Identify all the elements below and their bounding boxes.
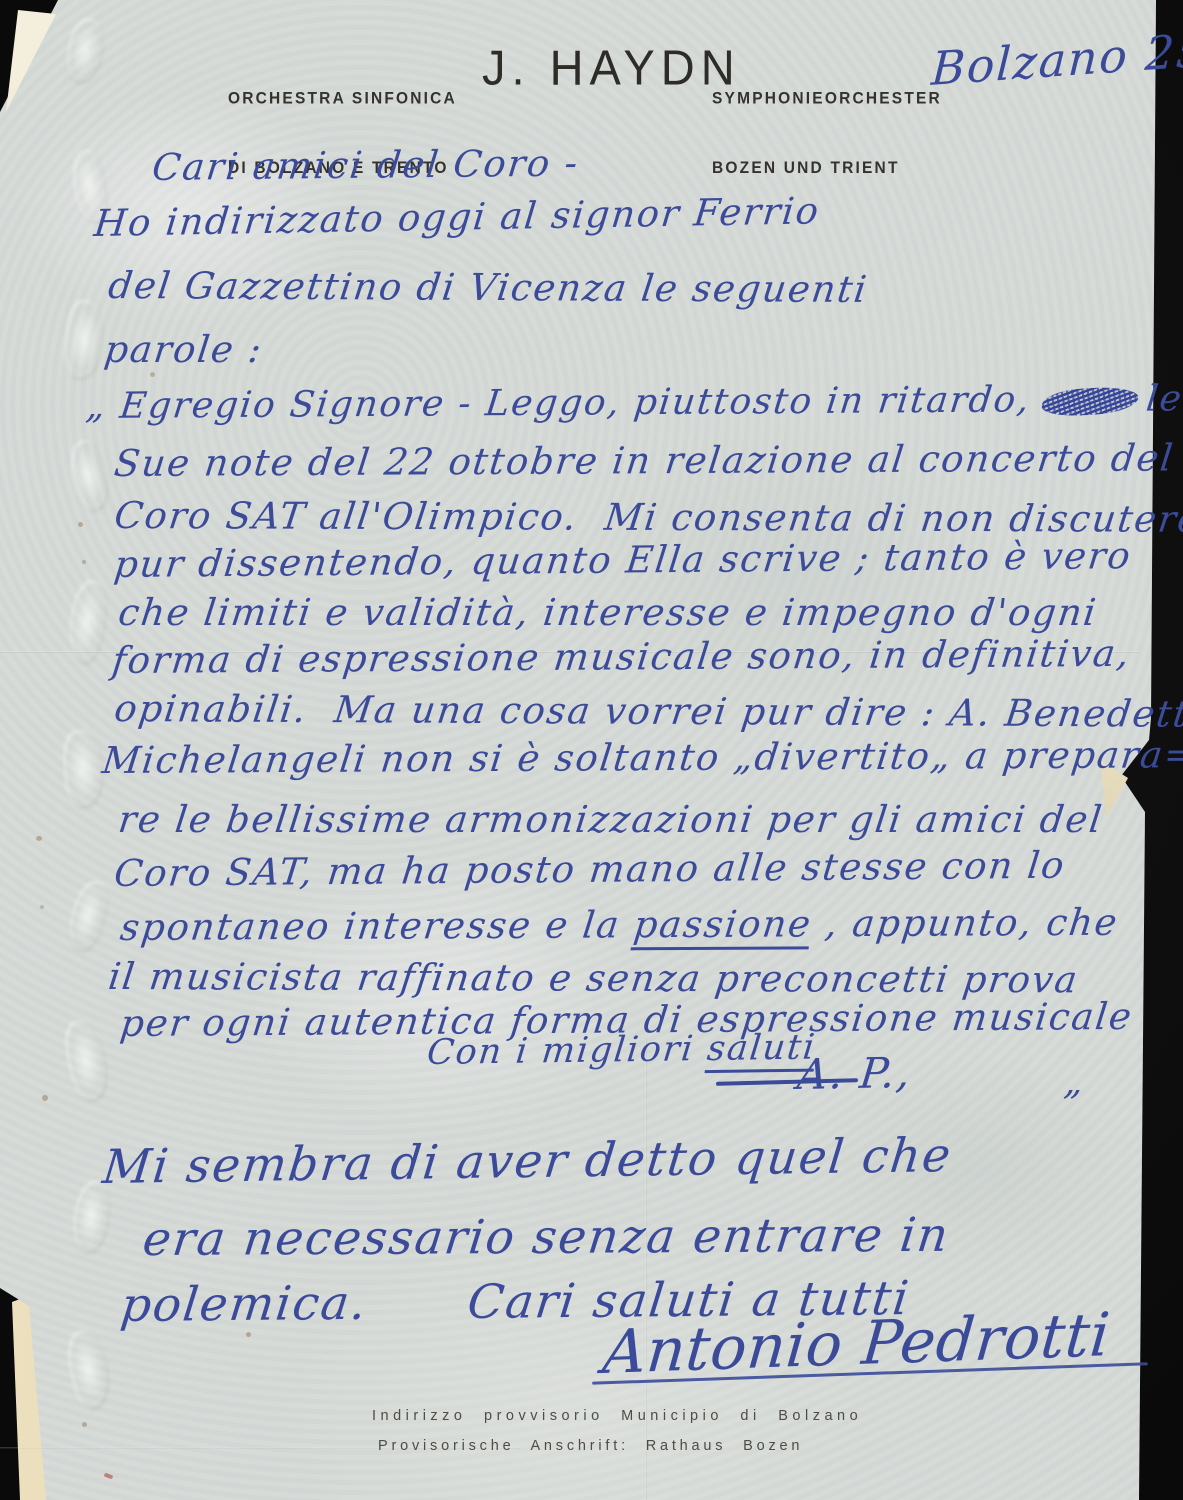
handwritten-text: le	[1144, 378, 1183, 419]
scribbled-word	[1041, 385, 1139, 418]
handwritten-line: Sue note del 22 ottobre in relazione al …	[112, 436, 1177, 485]
handwritten-line: forma di espressione musicale sono, in d…	[110, 632, 1133, 682]
handwritten-text: spontaneo interesse e la	[118, 903, 636, 949]
handwritten-line: „ Egregio Signore - Leggo, piuttosto in …	[84, 378, 1183, 427]
handwritten-line: pur dissentendo, quanto Ella scrive ; ta…	[112, 534, 1134, 586]
paper-crease	[645, 1040, 647, 1500]
paper-stain	[78, 522, 83, 527]
handwritten-line: Cari amici del Coro -	[150, 141, 582, 189]
handwritten-line: il musicista raffinato e senza preconcet…	[106, 955, 1081, 1001]
handwritten-initials: A. P.,	[795, 1048, 914, 1099]
footer-address-german: Provisorische Anschrift: Rathaus Bozen	[378, 1438, 803, 1454]
handwritten-line: Michelangeli non si è soltanto „divertit…	[100, 733, 1183, 782]
paper-stain	[82, 1422, 87, 1427]
paper-stain	[40, 905, 44, 909]
letterhead-title: J. HAYDN	[482, 39, 741, 96]
letterhead-org-german-line2: BOZEN UND TRIENT	[712, 157, 942, 180]
handwritten-line: del Gazzettino di Vicenza le seguenti	[106, 264, 870, 311]
letterhead-org-german-line1: SYMPHONIEORCHESTER	[712, 88, 942, 111]
paper-stain	[36, 836, 42, 841]
paper-stain	[246, 1332, 251, 1337]
handwritten-line: che limiti e validità, interesse e impeg…	[116, 591, 1100, 634]
handwritten-line: parole :	[102, 328, 265, 371]
handwritten-text: „ Egregio Signore - Leggo, piuttosto in …	[84, 379, 1033, 427]
handwritten-line: opinabili. Ma una cosa vorrei pur dire :…	[112, 687, 1183, 736]
handwritten-line: Con i migliori saluti	[425, 1028, 818, 1073]
handwritten-text: Con i migliori	[425, 1029, 709, 1073]
handwritten-line: spontaneo interesse e la passione , appu…	[118, 901, 1121, 949]
paper-stain	[82, 560, 86, 564]
handwritten-line: re le bellissime armonizzazioni per gli …	[116, 798, 1106, 841]
handwritten-line: Coro SAT all'Olimpico. Mi consenta di no…	[112, 494, 1183, 541]
footer-address-italian: Indirizzo provvisorio Municipio di Bolza…	[372, 1408, 862, 1424]
handwritten-line: Coro SAT, ma ha posto mano alle stesse c…	[112, 844, 1068, 895]
paper-stain	[42, 1095, 48, 1101]
underlined-word: passione	[631, 902, 814, 950]
handwritten-text: , appunto, che	[809, 901, 1121, 946]
letterhead-org-italian-line1: ORCHESTRA SINFONICA	[228, 88, 457, 111]
handwritten-line: era necessario senza entrare in	[140, 1208, 953, 1267]
paper-stain	[150, 372, 155, 377]
photo-backdrop: ORCHESTRA SINFONICA DI BOLZANO E TRENTO …	[0, 0, 1183, 1500]
